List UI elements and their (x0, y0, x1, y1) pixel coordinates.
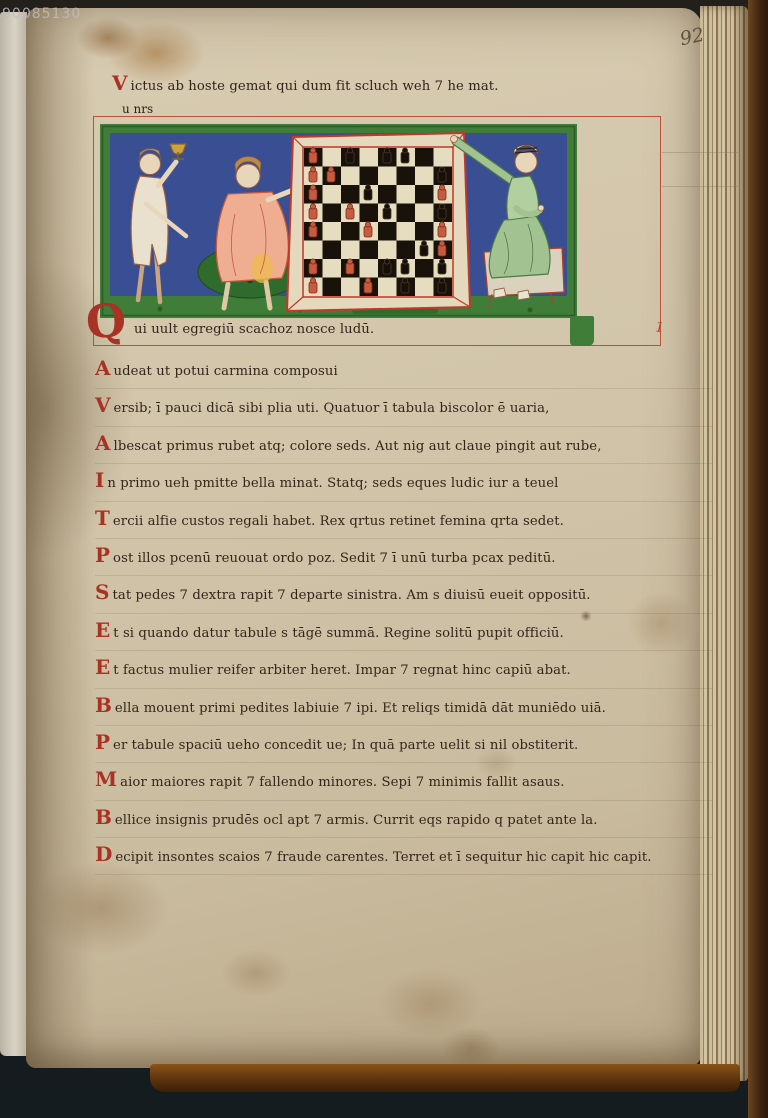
verse-line: Per tabule spaciū ueho concedit ue; In q… (95, 726, 713, 763)
verse-initial: P (95, 543, 110, 567)
previous-page-edge (0, 12, 27, 1056)
verse-block: Audeat ut potui carmina composui Versib;… (95, 352, 713, 875)
verse-line: In primo ueh pmitte bella minat. Statq; … (95, 464, 713, 501)
verse-initial: T (95, 506, 110, 530)
book-cover-edge (748, 0, 768, 1118)
verse-initial: A (95, 431, 111, 455)
verse-initial: B (95, 805, 112, 829)
verse-text: t factus mulier reifer arbiter heret. Im… (113, 663, 571, 678)
verse-text: t si quando datur tabule s tāgē summā. R… (113, 626, 564, 641)
verse-line: Post illos pcenū reuouat ordo poz. Sedit… (95, 539, 713, 576)
chess-miniature-illustration (100, 124, 577, 318)
bottom-page-edges (150, 1064, 740, 1092)
verse-text: ellice insignis prudēs ocl apt 7 armis. … (115, 813, 598, 828)
opening-initial-Q: Q (84, 297, 127, 346)
verse-initial: S (95, 580, 109, 604)
verse-text: ella mouent primi pedites labiuie 7 ipi.… (115, 701, 606, 716)
verse-text: ecipit insontes scaios 7 fraude carentes… (115, 850, 651, 865)
verse-line: Decipit insontes scaios 7 fraude carente… (95, 838, 713, 875)
verse-initial: B (95, 693, 112, 717)
header-initial: V (112, 71, 128, 95)
watermark-number: 90085130 (2, 6, 81, 22)
verse-text: tat pedes 7 dextra rapit 7 departe sinis… (112, 588, 590, 603)
opening-verse-text: ui uult egregiū scachoz nosce ludū. (134, 322, 374, 337)
verse-line: Albescat primus rubet atq; colore seds. … (95, 427, 713, 464)
verse-line: Et si quando datur tabule s tāgē summā. … (95, 614, 713, 651)
header-verse: Victus ab hoste gemat qui dum fit scluch… (112, 70, 499, 100)
verse-line: Bella mouent primi pedites labiuie 7 ipi… (95, 689, 713, 726)
verse-initial: E (95, 655, 110, 679)
verse-line: Maior maiores rapit 7 fallendo minores. … (95, 763, 713, 800)
verse-line: Et factus mulier reifer arbiter heret. I… (95, 651, 713, 688)
verse-line: Stat pedes 7 dextra rapit 7 departe sini… (95, 576, 713, 613)
verse-text: lbescat primus rubet atq; colore seds. A… (114, 439, 602, 454)
verse-initial: D (95, 842, 112, 866)
verse-line: Audeat ut potui carmina composui (95, 352, 713, 389)
green-frame-nub (570, 316, 594, 346)
verse-text: aior maiores rapit 7 fallendo minores. S… (120, 775, 564, 790)
verse-line: Tercii alfie custos regali habet. Rex qr… (95, 502, 713, 539)
verse-text: n primo ueh pmitte bella minat. Statq; s… (107, 476, 558, 491)
verse-line: Bellice insignis prudēs ocl apt 7 armis.… (95, 801, 713, 838)
verse-initial: I (95, 468, 104, 492)
chessboard (287, 133, 470, 314)
ruling-line (662, 152, 738, 153)
verse-text: ersib; ī pauci dicā sibi plia uti. Quatu… (114, 401, 550, 416)
manuscript-photo: 90085130 92 Victus ab hoste gemat qui du… (0, 0, 768, 1118)
verse-initial: M (95, 767, 117, 791)
verse-initial: A (95, 356, 111, 380)
verse-text: udeat ut potui carmina composui (114, 364, 338, 379)
ruling-line (662, 186, 738, 187)
verse-initial: P (95, 730, 110, 754)
verse-text: er tabule spaciū ueho concedit ue; In qu… (113, 738, 578, 753)
verse-line: Versib; ī pauci dicā sibi plia uti. Quat… (95, 389, 713, 426)
miniature-inscription: u nrs (122, 102, 153, 116)
verse-text: ercii alfie custos regali habet. Rex qrt… (113, 514, 564, 529)
verse-initial: E (95, 618, 110, 642)
verse-initial: V (95, 393, 111, 417)
header-text: ictus ab hoste gemat qui dum fit scluch … (131, 79, 499, 94)
verse-text: ost illos pcenū reuouat ordo poz. Sedit … (113, 551, 556, 566)
